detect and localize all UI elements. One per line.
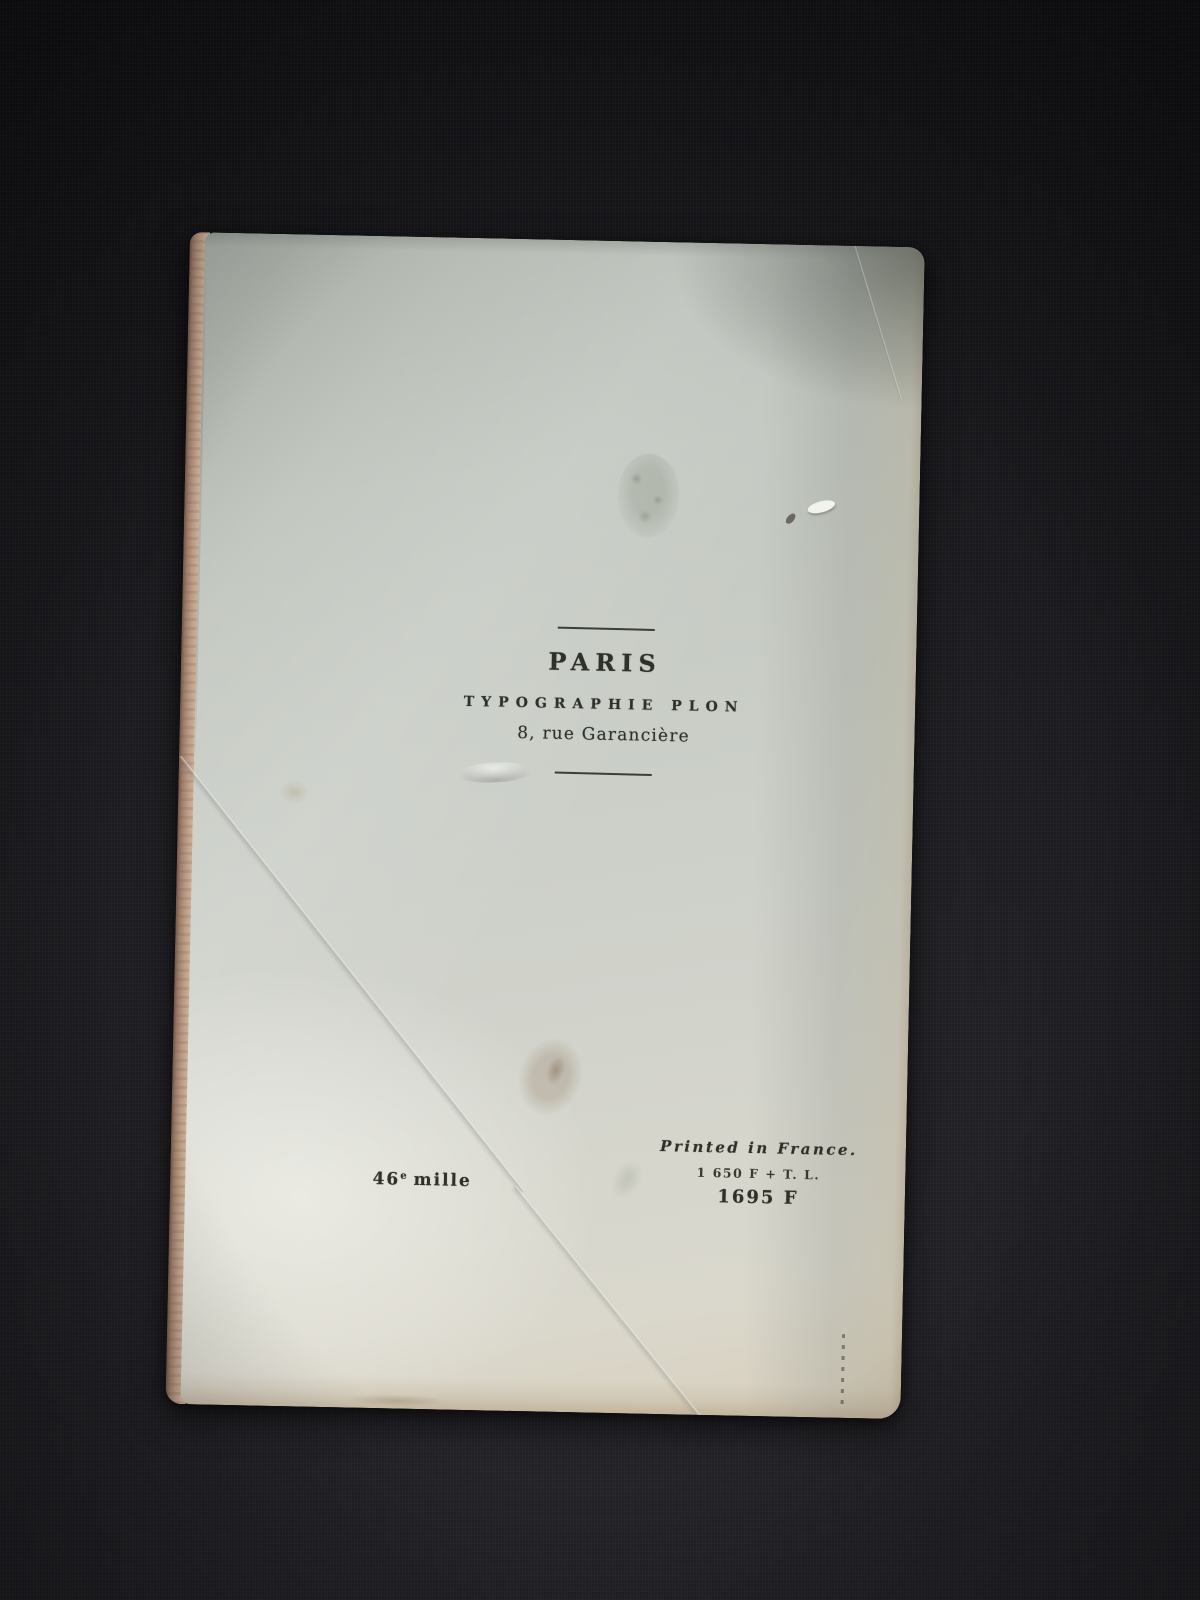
photo-scene: PARIS TYPOGRAPHIE PLON 8, rue Garancière…: [0, 0, 1200, 1600]
photo-vignette: [0, 0, 1200, 1600]
